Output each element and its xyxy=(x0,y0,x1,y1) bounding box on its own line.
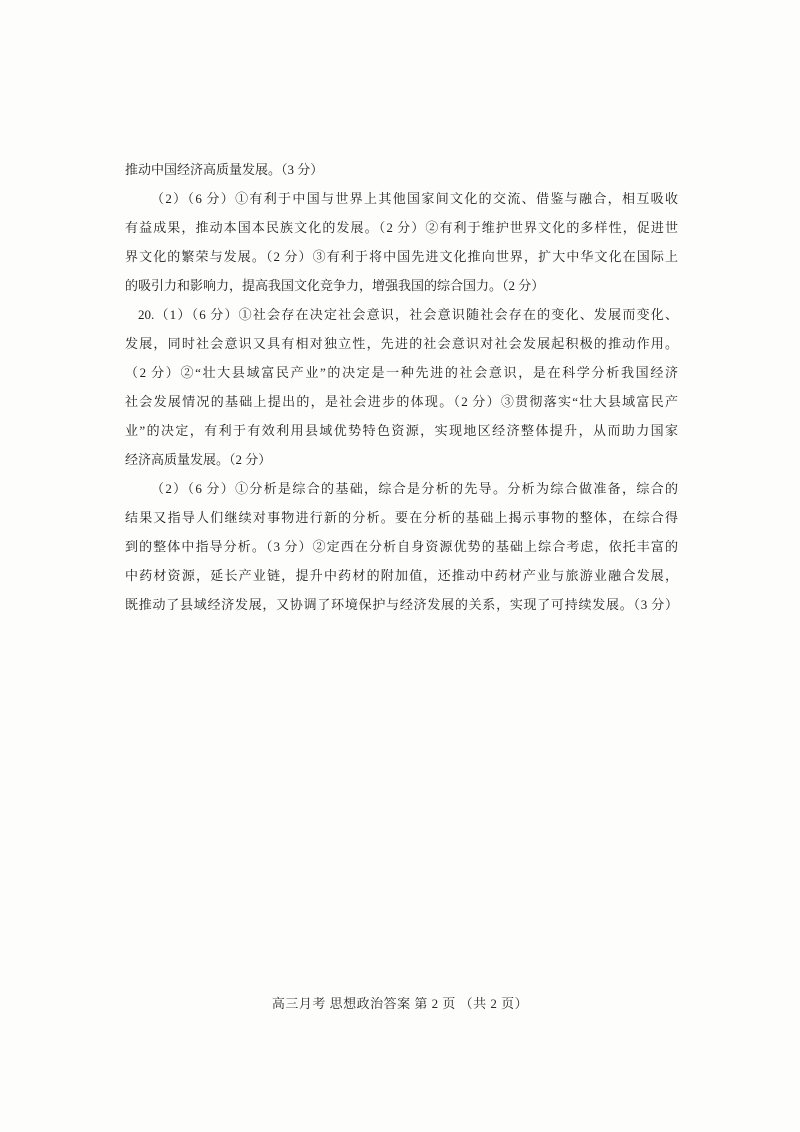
text-line: 的吸引力和影响力，提高我国文化竞争力，增强我国的综合国力。（2 分） xyxy=(125,271,678,300)
answers-body: 推动中国经济高质量发展。（3 分） （2）（6 分）①有利于中国与世界上其他国家… xyxy=(125,155,678,619)
text-line: 结果又指导人们继续对事物进行新的分析。要在分析的基础上揭示事物的整体，在综合得 xyxy=(125,503,678,532)
paragraph-q19-part2: （2）（6 分）①有利于中国与世界上其他国家间文化的交流、借鉴与融合，相互吸收 … xyxy=(125,184,678,300)
text-line: 推动中国经济高质量发展。（3 分） xyxy=(125,155,678,184)
text-line: 界文化的繁荣与发展。（2 分）③有利于将中国先进文化推向世界，扩大中华文化在国际… xyxy=(125,242,678,271)
text-line: 社会发展情况的基础上提出的，是社会进步的体现。（2 分）③贯彻落实“壮大县域富民… xyxy=(125,387,678,416)
answer-sheet-page: 推动中国经济高质量发展。（3 分） （2）（6 分）①有利于中国与世界上其他国家… xyxy=(0,0,800,1132)
text-line: （2 分）②“壮大县域富民产业”的决定是一种先进的社会意识，是在科学分析我国经济 xyxy=(125,358,678,387)
text-line: 发展，同时社会意识又具有相对独立性，先进的社会意识对社会发展起积极的推动作用。 xyxy=(125,329,678,358)
paragraph-q20-part1: 20.（1）（6 分）①社会存在决定社会意识，社会意识随社会存在的变化、发展而变… xyxy=(125,300,678,474)
text-line: 20.（1）（6 分）①社会存在决定社会意识，社会意识随社会存在的变化、发展而变… xyxy=(125,300,678,329)
text-line: 到的整体中指导分析。（3 分）②定西在分析自身资源优势的基础上综合考虑，依托丰富… xyxy=(125,532,678,561)
paragraph-q20-part2: （2）（6 分）①分析是综合的基础，综合是分析的先导。分析为综合做准备，综合的 … xyxy=(125,474,678,619)
paragraph-q19-part1-tail: 推动中国经济高质量发展。（3 分） xyxy=(125,155,678,184)
text-line: 既推动了县域经济发展，又协调了环境保护与经济发展的关系，实现了可持续发展。（3 … xyxy=(125,590,678,619)
text-line: （2）（6 分）①分析是综合的基础，综合是分析的先导。分析为综合做准备，综合的 xyxy=(125,474,678,503)
text-line: 有益成果，推动本国本民族文化的发展。（2 分）②有利于维护世界文化的多样性，促进… xyxy=(125,213,678,242)
text-line: 经济高质量发展。（2 分） xyxy=(125,445,678,474)
text-line: 中药材资源，延长产业链，提升中药材的附加值，还推动中药材产业与旅游业融合发展， xyxy=(125,561,678,590)
text-line: （2）（6 分）①有利于中国与世界上其他国家间文化的交流、借鉴与融合，相互吸收 xyxy=(125,184,678,213)
page-footer: 高三月考 思想政治答案 第 2 页 （共 2 页） xyxy=(0,994,800,1014)
text-line: 业”的决定，有利于有效利用县域优势特色资源，实现地区经济整体提升，从而助力国家 xyxy=(125,416,678,445)
